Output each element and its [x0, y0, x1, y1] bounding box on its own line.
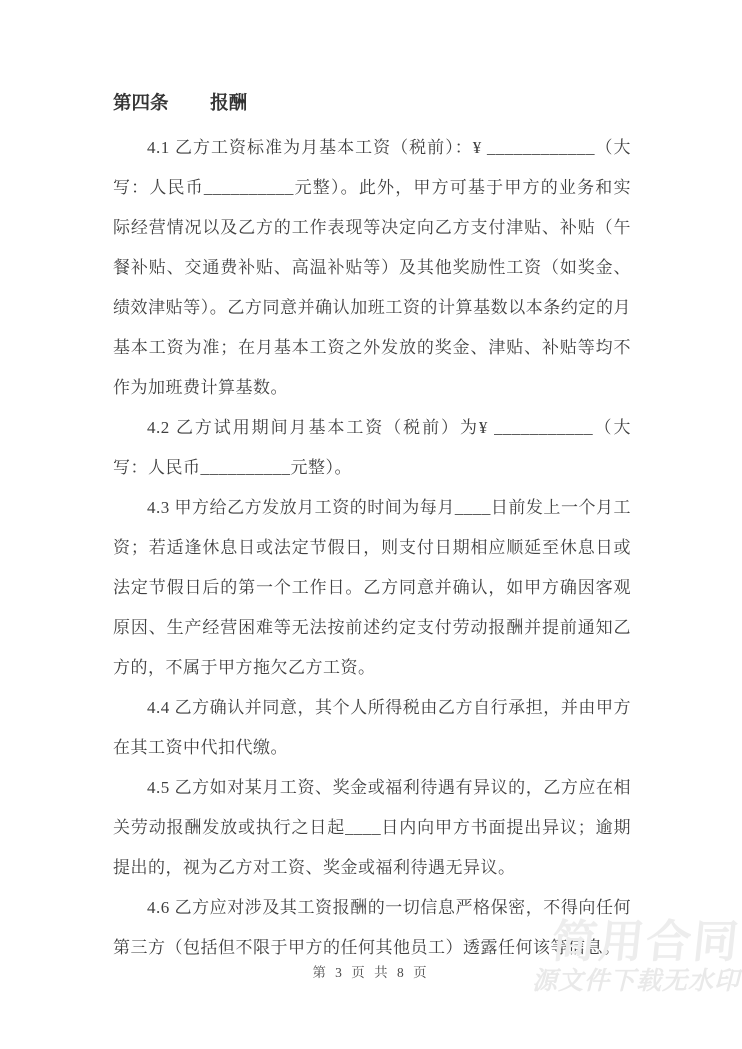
clause-4-6: 4.6 乙方应对涉及其工资报酬的一切信息严格保密，不得向任何第三方（包括但不限于…	[113, 888, 631, 968]
clause-4-4: 4.4 乙方确认并同意，其个人所得税由乙方自行承担，并由甲方在其工资中代扣代缴。	[113, 688, 631, 768]
clause-4-2: 4.2 乙方试用期间月基本工资（税前）为¥ ___________（大写：人民币…	[113, 408, 631, 488]
page-number-footer: 第 3 页 共 8 页	[0, 961, 742, 981]
article-number: 第四条	[113, 94, 169, 114]
clause-4-5: 4.5 乙方如对某月工资、奖金或福利待遇有异议的，乙方应在相关劳动报酬发放或执行…	[113, 768, 631, 888]
article-heading: 第四条 报酬	[113, 84, 631, 124]
clause-4-3: 4.3 甲方给乙方发放月工资的时间为每月____日前发上一个月工资；若适逢休息日…	[113, 488, 631, 688]
article-title: 报酬	[210, 94, 247, 114]
contract-page: 第四条 报酬 4.1 乙方工资标准为月基本工资（税前）：¥ __________…	[0, 0, 742, 1049]
clause-4-1: 4.1 乙方工资标准为月基本工资（税前）：¥ ____________（大写：人…	[113, 128, 631, 408]
article-body: 第四条 报酬 4.1 乙方工资标准为月基本工资（税前）：¥ __________…	[113, 84, 631, 968]
